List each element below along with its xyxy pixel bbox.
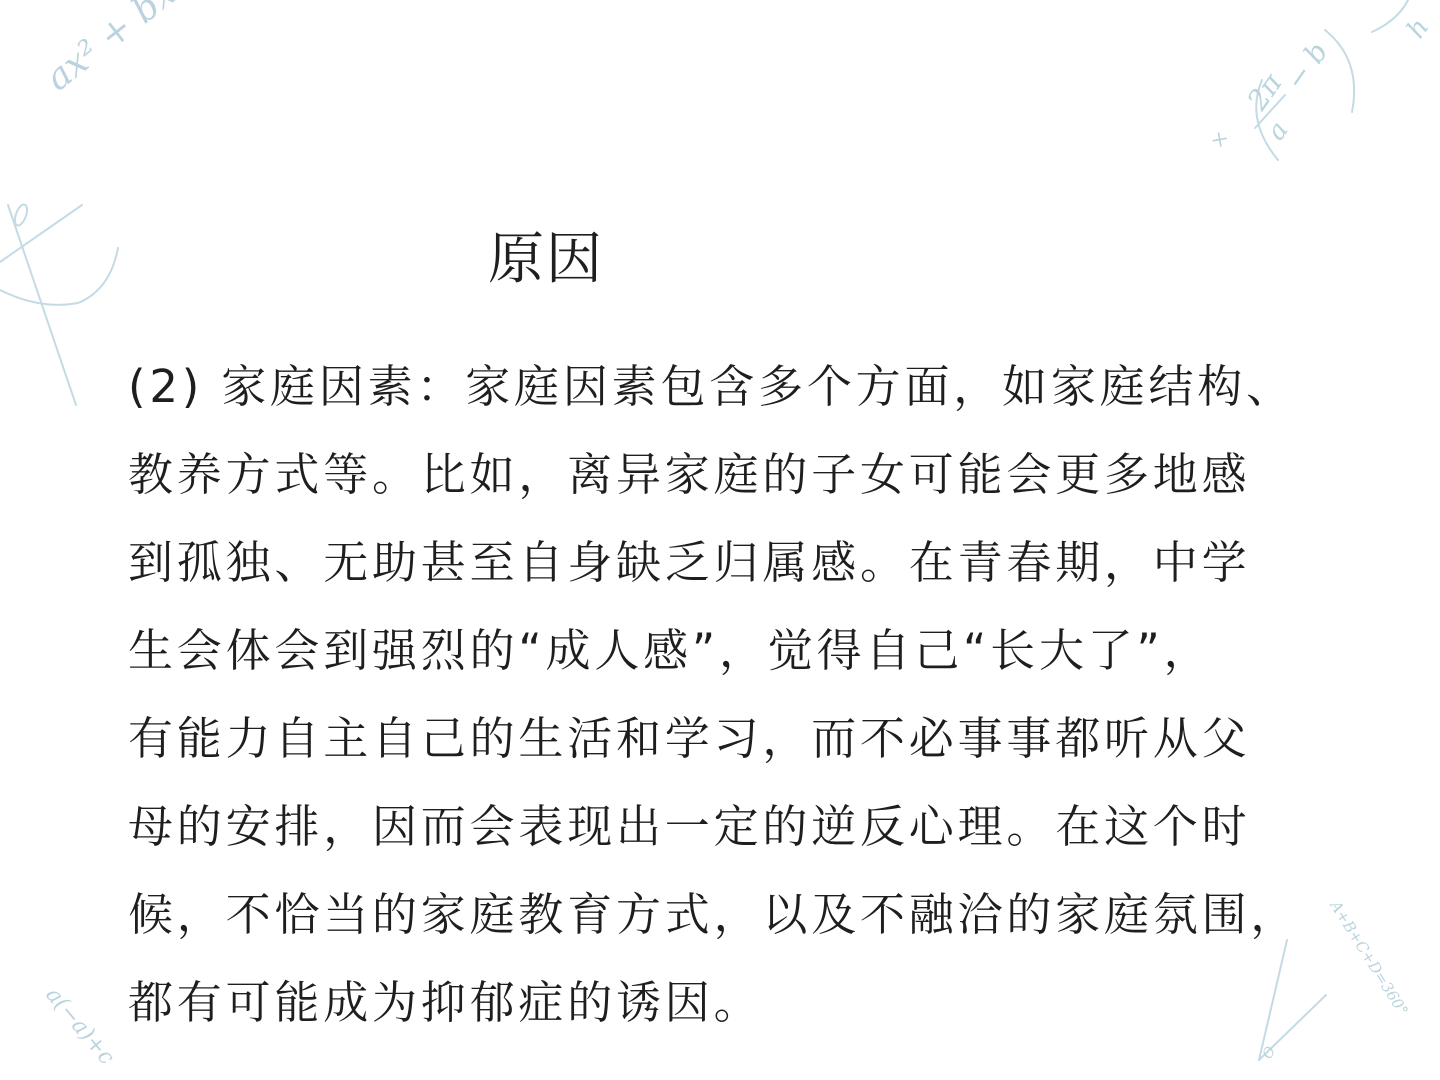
- paragraph-line-7: 候，不恰当的家庭教育方式，以及不融洽的家庭氛围，: [128, 888, 1348, 976]
- body-paragraph: (2) 家庭因素：家庭因素包含多个方面，如家庭结构、 教养方式等。比如，离异家庭…: [128, 360, 1348, 1064]
- svg-text:ax² + bx: ax² + bx: [38, 0, 183, 99]
- svg-text:2π: 2π: [1240, 67, 1289, 117]
- formula-doodle-top-right: 2π a − b × h: [1204, 0, 1435, 160]
- svg-text:a(−a)+c: a(−a)+c: [40, 983, 119, 1070]
- paragraph-line-8: 都有可能成为抑郁症的诱因。: [128, 976, 1348, 1064]
- formula-doodle-top-left: ax² + bx: [38, 0, 183, 99]
- formula-doodle-bottom-left: a(−a)+c: [40, 983, 119, 1070]
- paragraph-line-2: 教养方式等。比如，离异家庭的子女可能会更多地感: [128, 448, 1348, 536]
- graph-doodle-left: [0, 203, 118, 405]
- paragraph-line-6: 母的安排，因而会表现出一定的逆反心理。在这个时: [128, 800, 1348, 888]
- svg-text:− b: − b: [1279, 36, 1335, 96]
- svg-text:a: a: [1261, 116, 1294, 146]
- slide-title: 原因: [488, 228, 604, 292]
- paragraph-line-4: 生会体会到强烈的“成人感”，觉得自己“长大了”，: [128, 624, 1348, 712]
- paragraph-line-5: 有能力自主自己的生活和学习，而不必事事都听从父: [128, 712, 1348, 800]
- paragraph-line-3: 到孤独、无助甚至自身缺乏归属感。在青春期，中学: [128, 536, 1348, 624]
- svg-text:h: h: [1401, 13, 1435, 44]
- paragraph-line-1: (2) 家庭因素：家庭因素包含多个方面，如家庭结构、: [128, 360, 1348, 448]
- svg-text:×: ×: [1204, 125, 1233, 152]
